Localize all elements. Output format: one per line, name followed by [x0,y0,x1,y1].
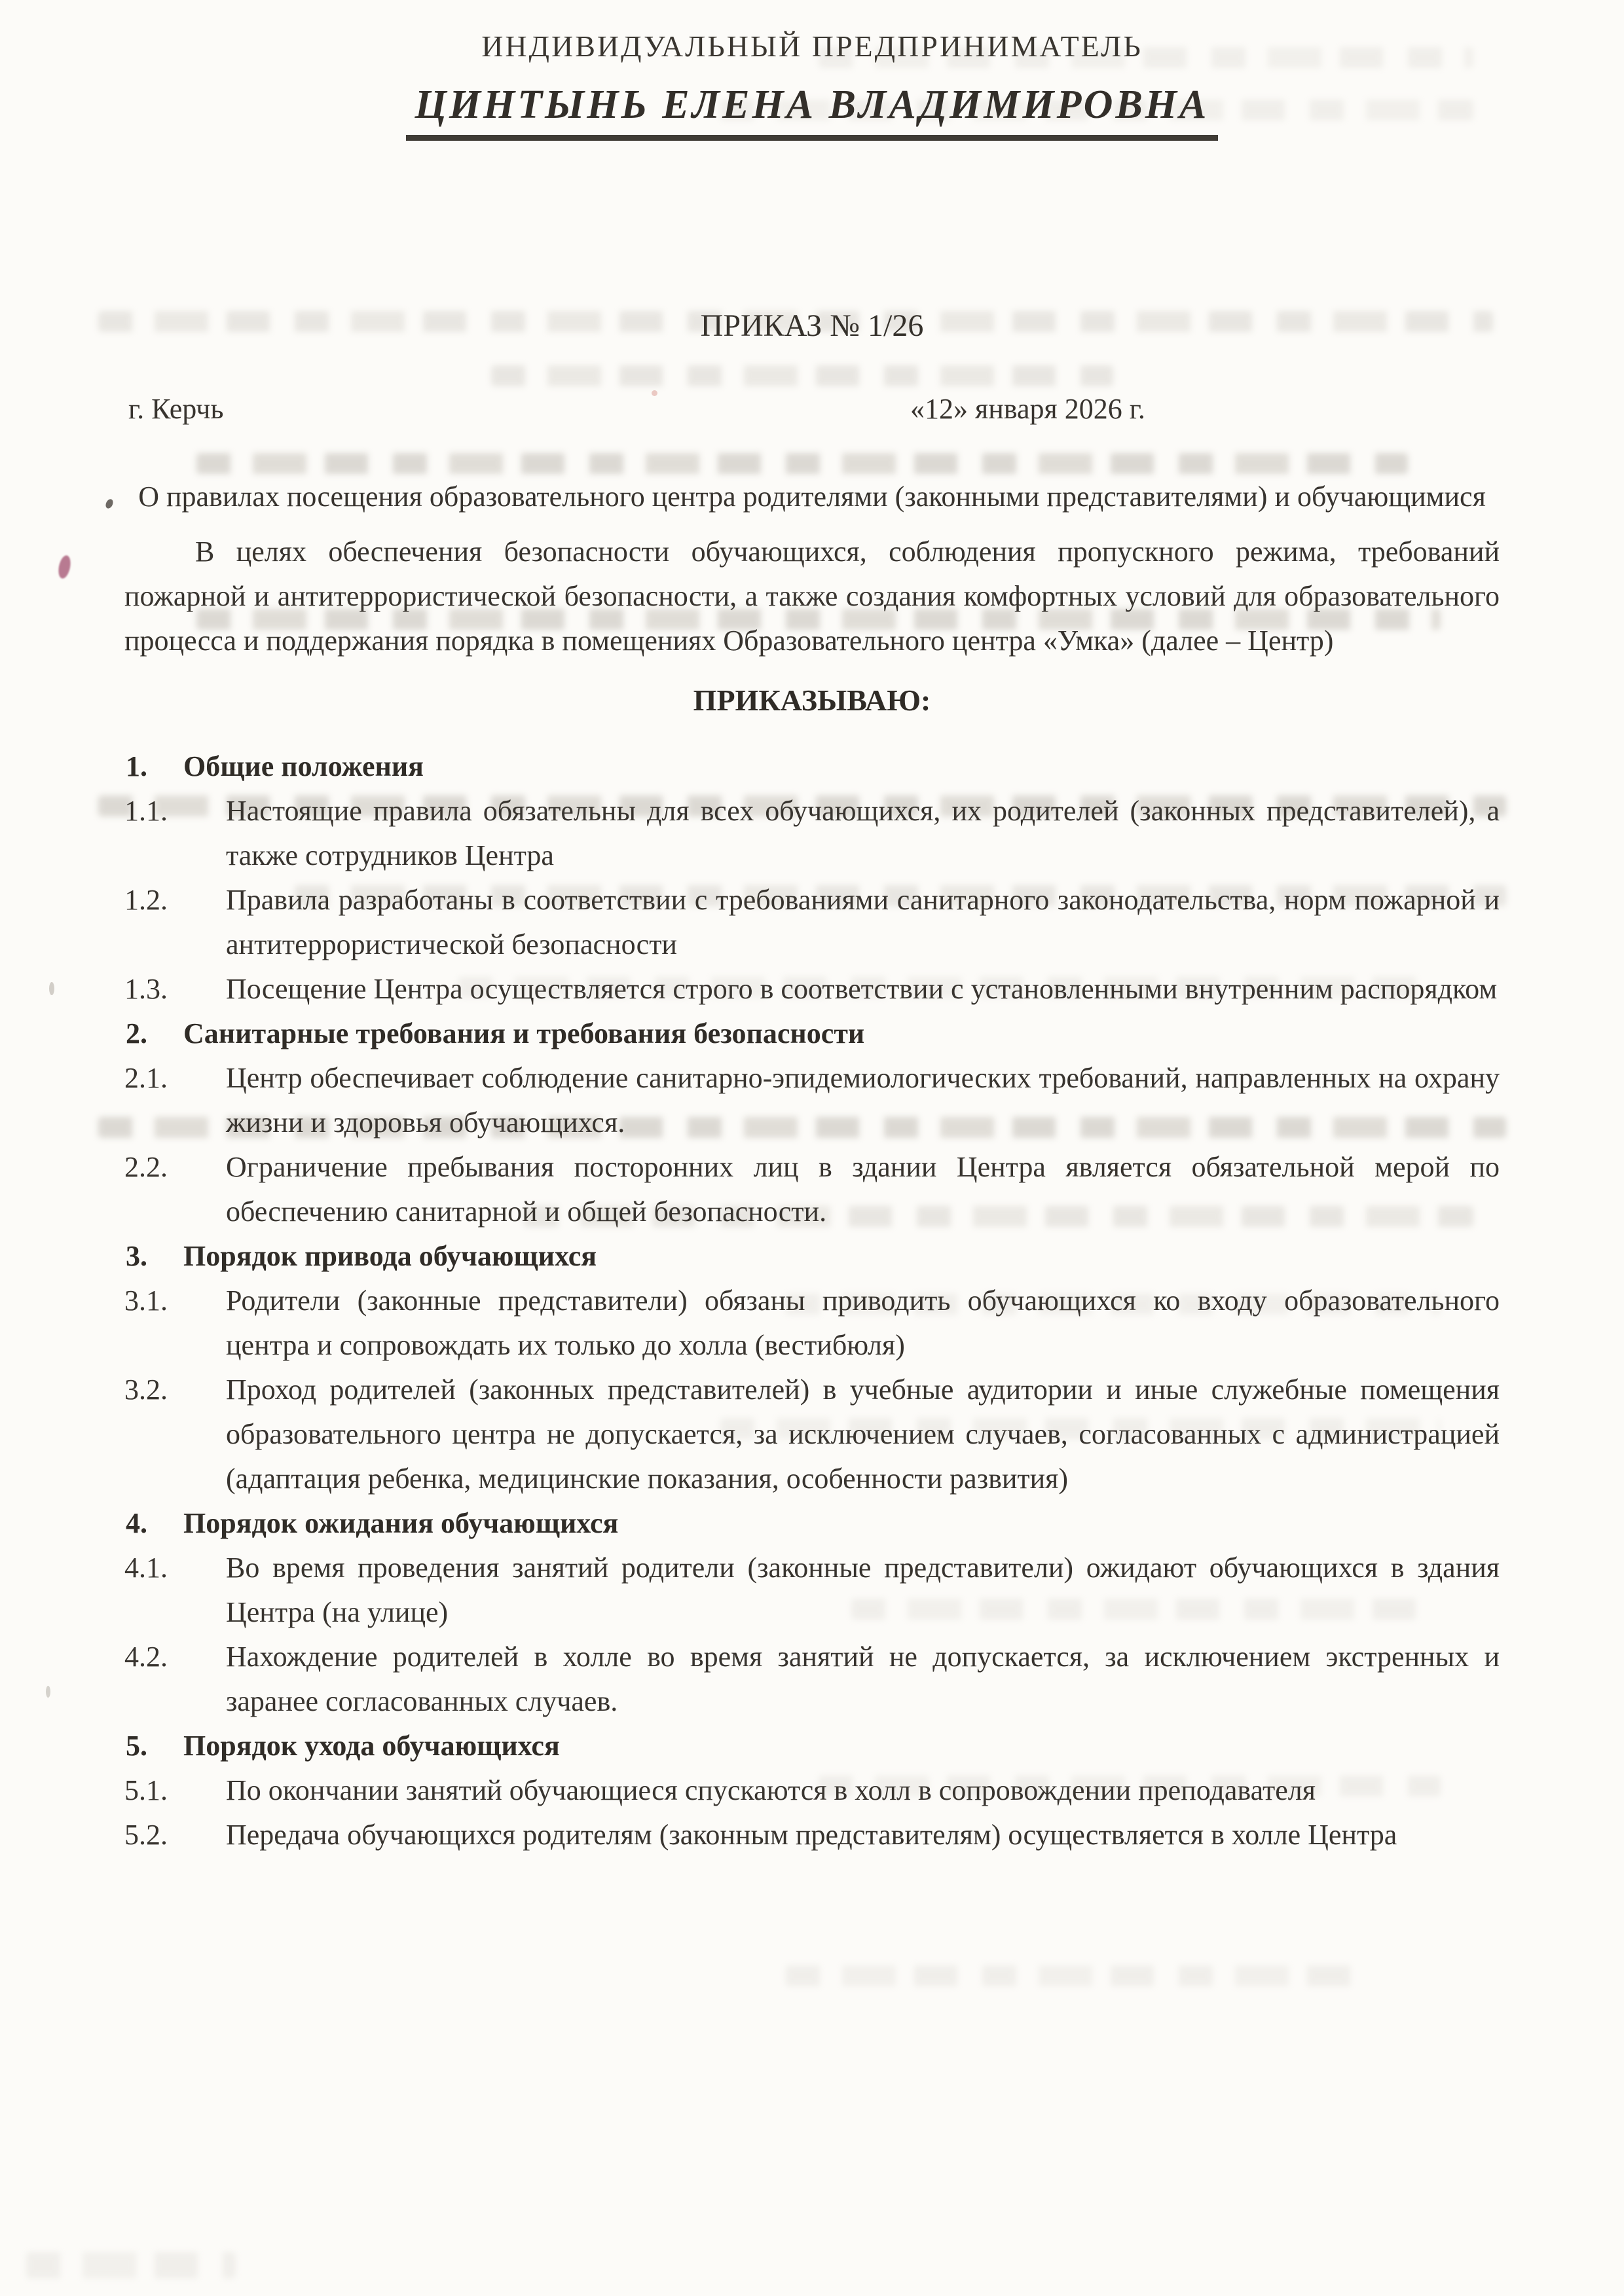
resolution-word: ПРИКАЗЫВАЮ: [124,678,1500,723]
section-title: Порядок ухода обучающихся [183,1724,1500,1768]
section-heading: 4. Порядок ожидания обучающихся [124,1501,1500,1546]
section-title: Порядок привода обучающихся [183,1234,1500,1279]
section-heading: 2. Санитарные требования и требования бе… [124,1011,1500,1056]
list-item: 2.1. Центр обеспечивает соблюдение санит… [124,1056,1500,1145]
order-subject: О правилах посещения образовательного це… [124,472,1500,522]
list-item: 3.2. Проход родителей (законных представ… [124,1368,1500,1501]
list-item: 5.1. По окончании занятий обучающиеся сп… [124,1768,1500,1813]
scan-ghosting [786,1965,1375,1986]
item-number: 1.2. [124,878,168,922]
item-number: 4.1. [124,1546,168,1590]
section-number: 5. [126,1724,147,1768]
scan-ghosting [26,2252,236,2278]
item-text: Центр обеспечивает соблюдение санитарно-… [226,1056,1500,1145]
item-number: 5.1. [124,1768,168,1813]
item-text: Проход родителей (законных представителе… [226,1368,1500,1501]
item-number: 2.1. [124,1056,168,1101]
section-heading: 5. Порядок ухода обучающихся [124,1724,1500,1768]
order-preamble: В целях обеспечения безопасности обучающ… [124,530,1500,663]
item-text: По окончании занятий обучающиеся спускаю… [226,1768,1500,1813]
item-number: 1.1. [124,789,168,833]
order-title: ПРИКАЗ № 1/26 [124,303,1500,349]
section-title: Порядок ожидания обучающихся [183,1501,1500,1546]
list-item: 4.1. Во время проведения занятий родител… [124,1546,1500,1635]
item-number: 3.2. [124,1368,168,1412]
section-heading: 1. Общие положения [124,744,1500,789]
order-city: г. Керчь [128,387,223,431]
list-item: 5.2. Передача обучающихся родителям (зак… [124,1813,1500,1857]
item-text: Правила разработаны в соответствии с тре… [226,878,1500,967]
org-type-heading: ИНДИВИДУАЛЬНЫЙ ПРЕДПРИНИМАТЕЛЬ [124,24,1500,69]
item-text: Родители (законные представители) обязан… [226,1279,1500,1368]
document-content: ИНДИВИДУАЛЬНЫЙ ПРЕДПРИНИМАТЕЛЬ ЦИНТЫНЬ Е… [0,0,1624,1857]
item-number: 2.2. [124,1145,168,1190]
item-number: 5.2. [124,1813,168,1857]
list-item: 1.1. Настоящие правила обязательны для в… [124,789,1500,878]
section-number: 3. [126,1234,147,1279]
item-text: Ограничение пребывания посторонних лиц в… [226,1145,1500,1234]
item-text: Посещение Центра осуществляется строго в… [226,967,1500,1011]
list-item: 3.1. Родители (законные представители) о… [124,1279,1500,1368]
item-text: Настоящие правила обязательны для всех о… [226,789,1500,878]
list-item: 4.2. Нахождение родителей в холле во вре… [124,1635,1500,1724]
item-number: 1.3. [124,967,168,1011]
order-sections-list: 1. Общие положения 1.1. Настоящие правил… [124,744,1500,1857]
section-title: Общие положения [183,744,1500,789]
entrepreneur-name-heading: ЦИНТЫНЬ ЕЛЕНА ВЛАДИМИРОВНА [124,79,1500,141]
section-number: 2. [126,1011,147,1056]
list-item: 1.2. Правила разработаны в соответствии … [124,878,1500,967]
document-page: ИНДИВИДУАЛЬНЫЙ ПРЕДПРИНИМАТЕЛЬ ЦИНТЫНЬ Е… [0,0,1624,2296]
section-heading: 3. Порядок привода обучающихся [124,1234,1500,1279]
order-date: «12» января 2026 г. [910,387,1145,431]
item-text: Передача обучающихся родителям (законным… [226,1813,1500,1857]
item-text: Во время проведения занятий родители (за… [226,1546,1500,1635]
section-title: Санитарные требования и требования безоп… [183,1011,1500,1056]
section-number: 4. [126,1501,147,1546]
item-number: 3.1. [124,1279,168,1323]
entrepreneur-name: ЦИНТЫНЬ ЕЛЕНА ВЛАДИМИРОВНА [406,79,1219,141]
item-text: Нахождение родителей в холле во время за… [226,1635,1500,1724]
order-meta-row: г. Керчь «12» января 2026 г. [124,387,1500,431]
list-item: 2.2. Ограничение пребывания посторонних … [124,1145,1500,1234]
item-number: 4.2. [124,1635,168,1679]
list-item: 1.3. Посещение Центра осуществляется стр… [124,967,1500,1011]
section-number: 1. [126,744,147,789]
